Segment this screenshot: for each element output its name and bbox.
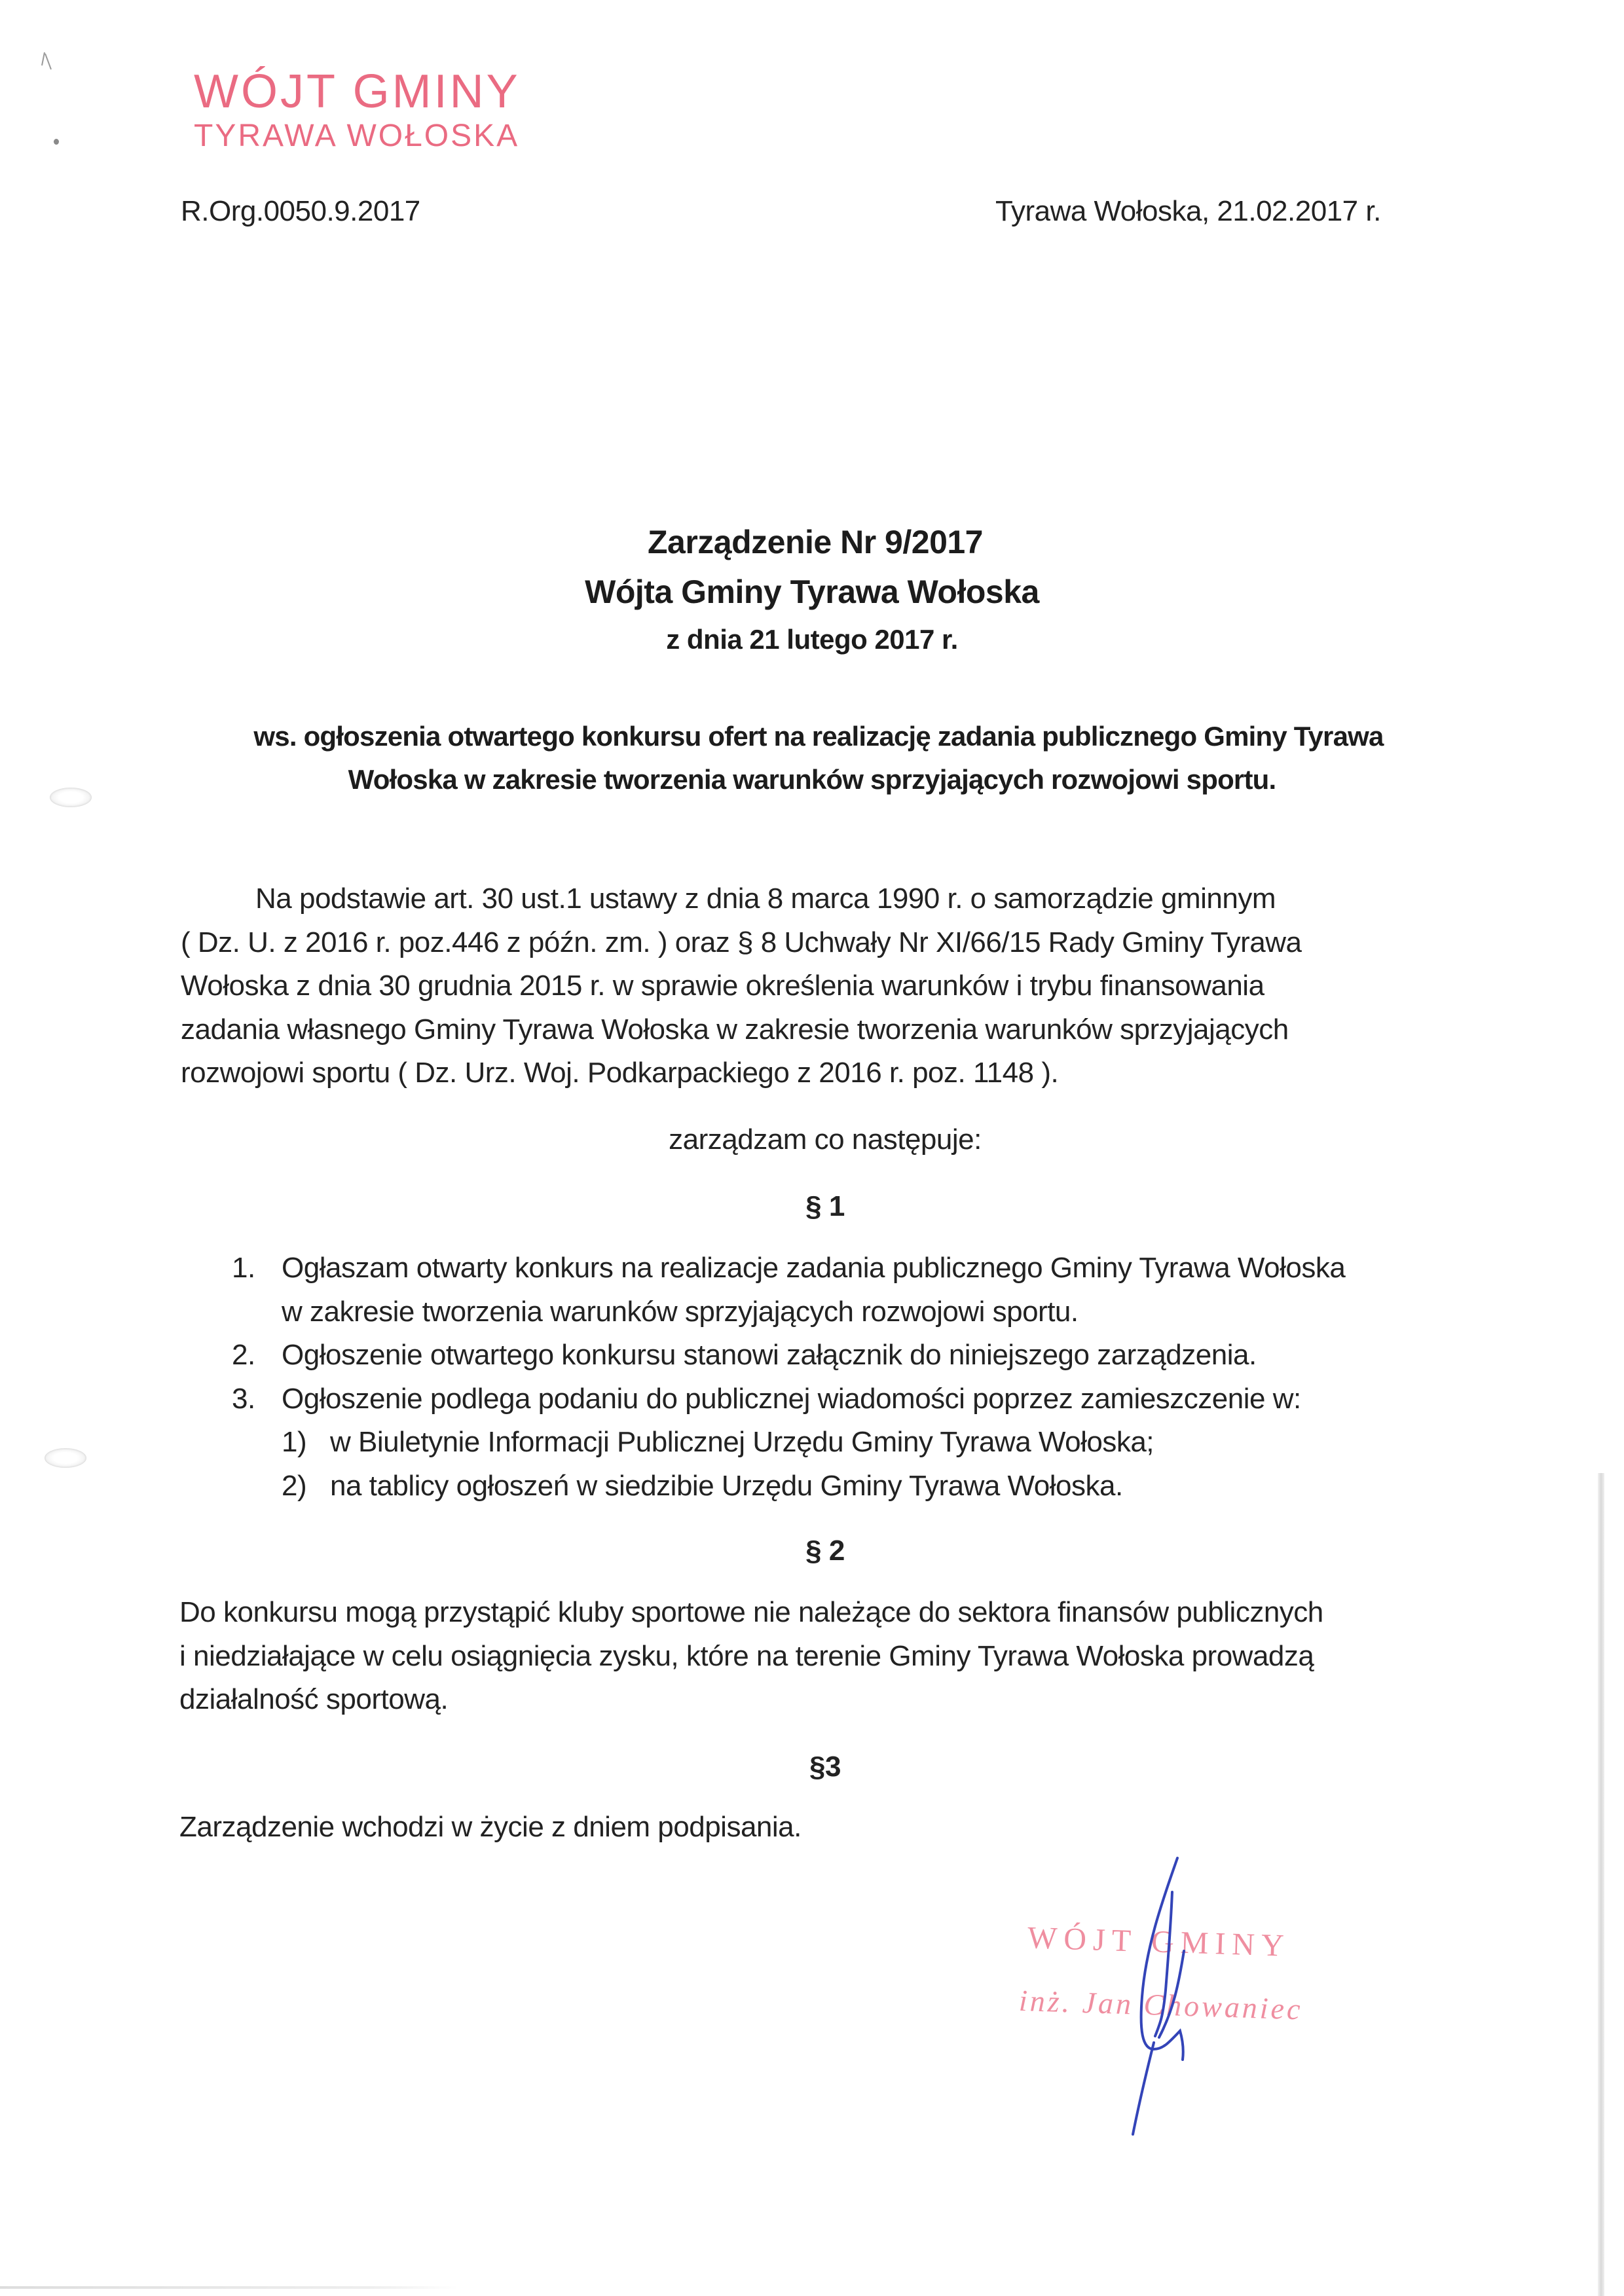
title-line-2: Wójta Gminy Tyrawa Wołoska — [0, 567, 1624, 617]
section-1-list: 1. Ogłaszam otwarty konkurs na realizacj… — [232, 1247, 1345, 1508]
paragraph-line: rozwojowi sportu ( Dz. Urz. Woj. Podkarp… — [181, 1051, 1425, 1095]
stamp-line-2: TYRAWA WOŁOSKA — [194, 119, 521, 153]
section-3-heading: §3 — [0, 1745, 1624, 1789]
title-line-1: Zarządzenie Nr 9/2017 — [0, 517, 1624, 567]
sub-list-item-number: 1) — [282, 1421, 306, 1465]
punch-hole-bottom — [45, 1448, 86, 1468]
legal-basis-paragraph: Na podstawie art. 30 ust.1 ustawy z dnia… — [181, 877, 1425, 1095]
subject-line: Wołoska w zakresie tworzenia warunków sp… — [0, 758, 1624, 801]
paragraph-line: działalność sportową. — [179, 1678, 1323, 1722]
sub-list-item: 1) w Biuletynie Informacji Publicznej Ur… — [232, 1421, 1345, 1465]
scan-edge-right — [1598, 1473, 1604, 2296]
section-2-paragraph: Do konkursu mogą przystąpić kluby sporto… — [179, 1591, 1323, 1722]
handwritten-signature-icon — [1100, 1853, 1231, 2141]
decree-phrase: zarządzam co następuje: — [0, 1118, 1624, 1162]
section-1-heading: § 1 — [0, 1185, 1624, 1229]
list-item-number: 2. — [232, 1334, 255, 1377]
list-item-number: 3. — [232, 1377, 255, 1421]
paragraph-line: Do konkursu mogą przystąpić kluby sporto… — [179, 1591, 1323, 1635]
paragraph-line: ( Dz. U. z 2016 r. poz.446 z późn. zm. )… — [181, 921, 1425, 965]
stamp-line-1: WÓJT GMINY — [194, 68, 521, 115]
list-item-text: w zakresie tworzenia warunków sprzyjając… — [282, 1290, 1345, 1334]
list-item-text: Ogłoszenie podlega podaniu do publicznej… — [282, 1377, 1345, 1421]
list-item-text: Ogłaszam otwarty konkurs na realizacje z… — [282, 1247, 1345, 1290]
header-stamp: WÓJT GMINY TYRAWA WOŁOSKA — [194, 68, 521, 153]
list-item: 3. Ogłoszenie podlega podaniu do publicz… — [232, 1377, 1345, 1421]
title-line-3: z dnia 21 lutego 2017 r. — [0, 617, 1624, 663]
paragraph-line: Na podstawie art. 30 ust.1 ustawy z dnia… — [181, 877, 1425, 921]
scan-edge-bottom — [0, 2286, 458, 2289]
paragraph-line: Wołoska z dnia 30 grudnia 2015 r. w spra… — [181, 964, 1425, 1008]
paragraph-line: zadania własnego Gminy Tyrawa Wołoska w … — [181, 1008, 1425, 1052]
list-item: 2. Ogłoszenie otwartego konkursu stanowi… — [232, 1334, 1345, 1377]
scan-speck — [54, 139, 59, 145]
list-item: 1. Ogłaszam otwarty konkurs na realizacj… — [232, 1247, 1345, 1334]
subject-line: ws. ogłoszenia otwartego konkursu ofert … — [0, 715, 1624, 758]
sub-list-item-text: na tablicy ogłoszeń w siedzibie Urzędu G… — [330, 1470, 1123, 1502]
list-item-number: 1. — [232, 1247, 255, 1290]
sub-list-item-number: 2) — [282, 1465, 306, 1508]
sub-list-item: 2) na tablicy ogłoszeń w siedzibie Urzęd… — [232, 1465, 1345, 1508]
scan-speck-icon — [41, 50, 54, 76]
place-and-date: Tyrawa Wołoska, 21.02.2017 r. — [995, 190, 1381, 234]
sub-list-item-text: w Biuletynie Informacji Publicznej Urzęd… — [330, 1426, 1154, 1458]
list-item-text: Ogłoszenie otwartego konkursu stanowi za… — [282, 1334, 1345, 1377]
paragraph-line: i niedziałające w celu osiągnięcia zysku… — [179, 1635, 1323, 1679]
document-title: Zarządzenie Nr 9/2017 Wójta Gminy Tyrawa… — [0, 517, 1624, 663]
section-3-paragraph: Zarządzenie wchodzi w życie z dniem podp… — [179, 1806, 802, 1850]
section-2-heading: § 2 — [0, 1529, 1624, 1573]
reference-number: R.Org.0050.9.2017 — [181, 190, 420, 234]
document-subject: ws. ogłoszenia otwartego konkursu ofert … — [0, 715, 1624, 801]
